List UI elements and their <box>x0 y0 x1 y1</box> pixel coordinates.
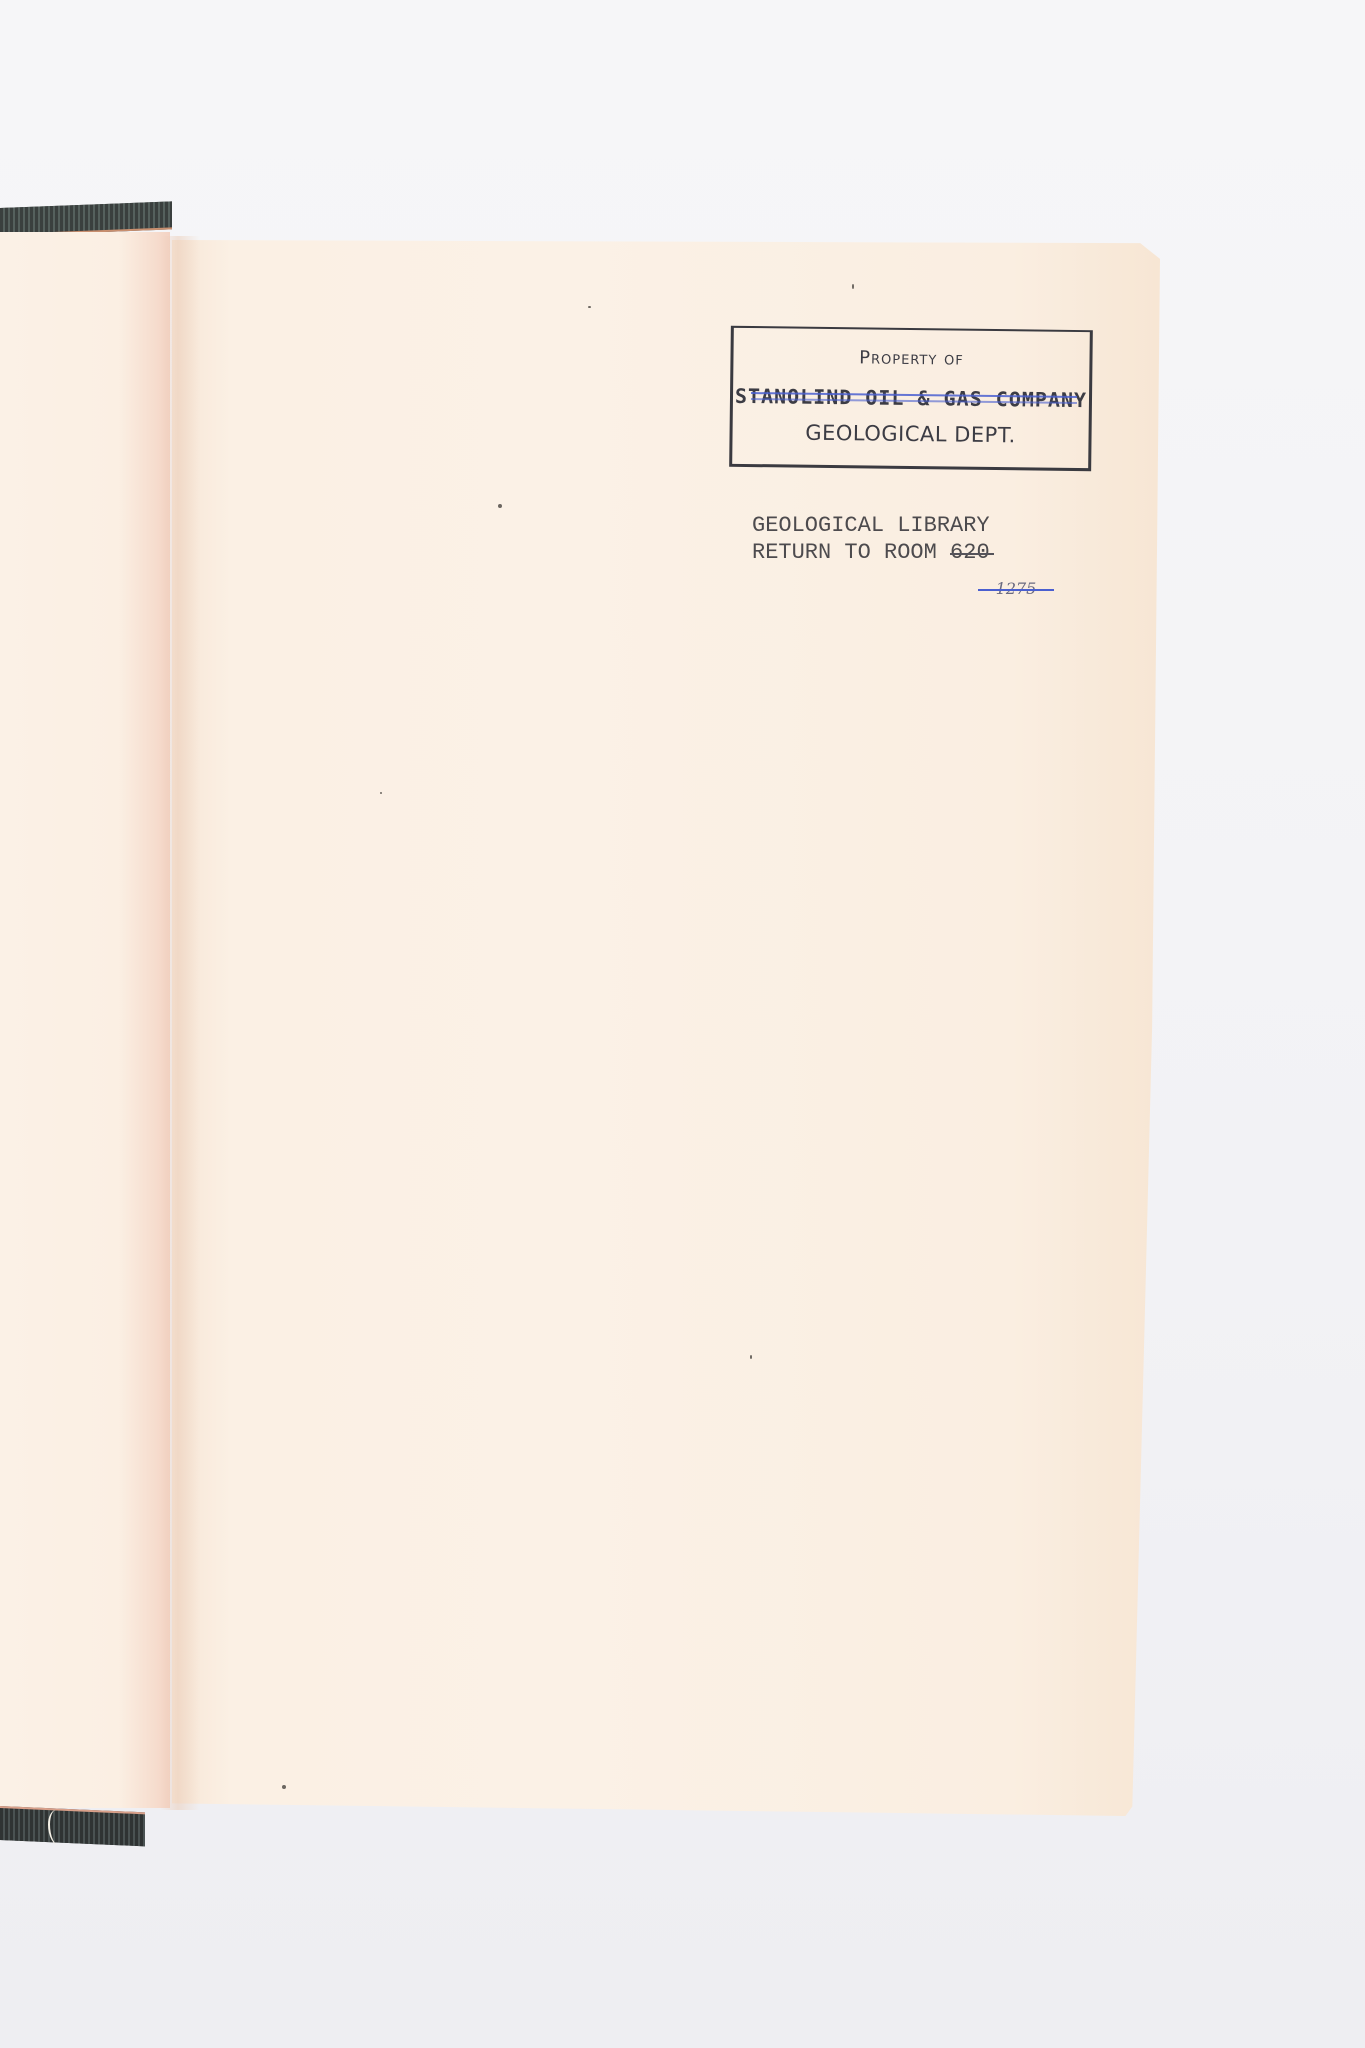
paper-speck <box>380 792 382 794</box>
room-number-struck: 620 <box>950 540 990 565</box>
book-cover-top-edge <box>0 201 172 236</box>
book-photo: Property of STANOLIND OIL & GAS COMPANY … <box>0 0 1365 2048</box>
right-page <box>172 240 1160 1816</box>
book-cover-bottom-edge <box>0 1806 145 1846</box>
paper-speck <box>588 306 591 308</box>
ownership-stamp: Property of STANOLIND OIL & GAS COMPANY … <box>729 326 1093 471</box>
paper-speck <box>282 1785 286 1789</box>
handwritten-room-note: 1275 <box>978 580 1054 598</box>
paper-speck <box>852 284 854 289</box>
left-endpaper <box>0 232 170 1808</box>
paper-speck <box>498 504 502 508</box>
book-gutter <box>160 236 200 1810</box>
paper-speck <box>750 1355 752 1359</box>
stamp-property-of: Property of <box>733 346 1089 371</box>
library-label-prefix: RETURN TO ROOM <box>752 540 950 565</box>
library-label: GEOLOGICAL LIBRARY RETURN TO ROOM 620 <box>752 512 990 566</box>
library-label-line1: GEOLOGICAL LIBRARY <box>752 513 990 538</box>
stamp-department: GEOLOGICAL DEPT. <box>732 420 1088 448</box>
